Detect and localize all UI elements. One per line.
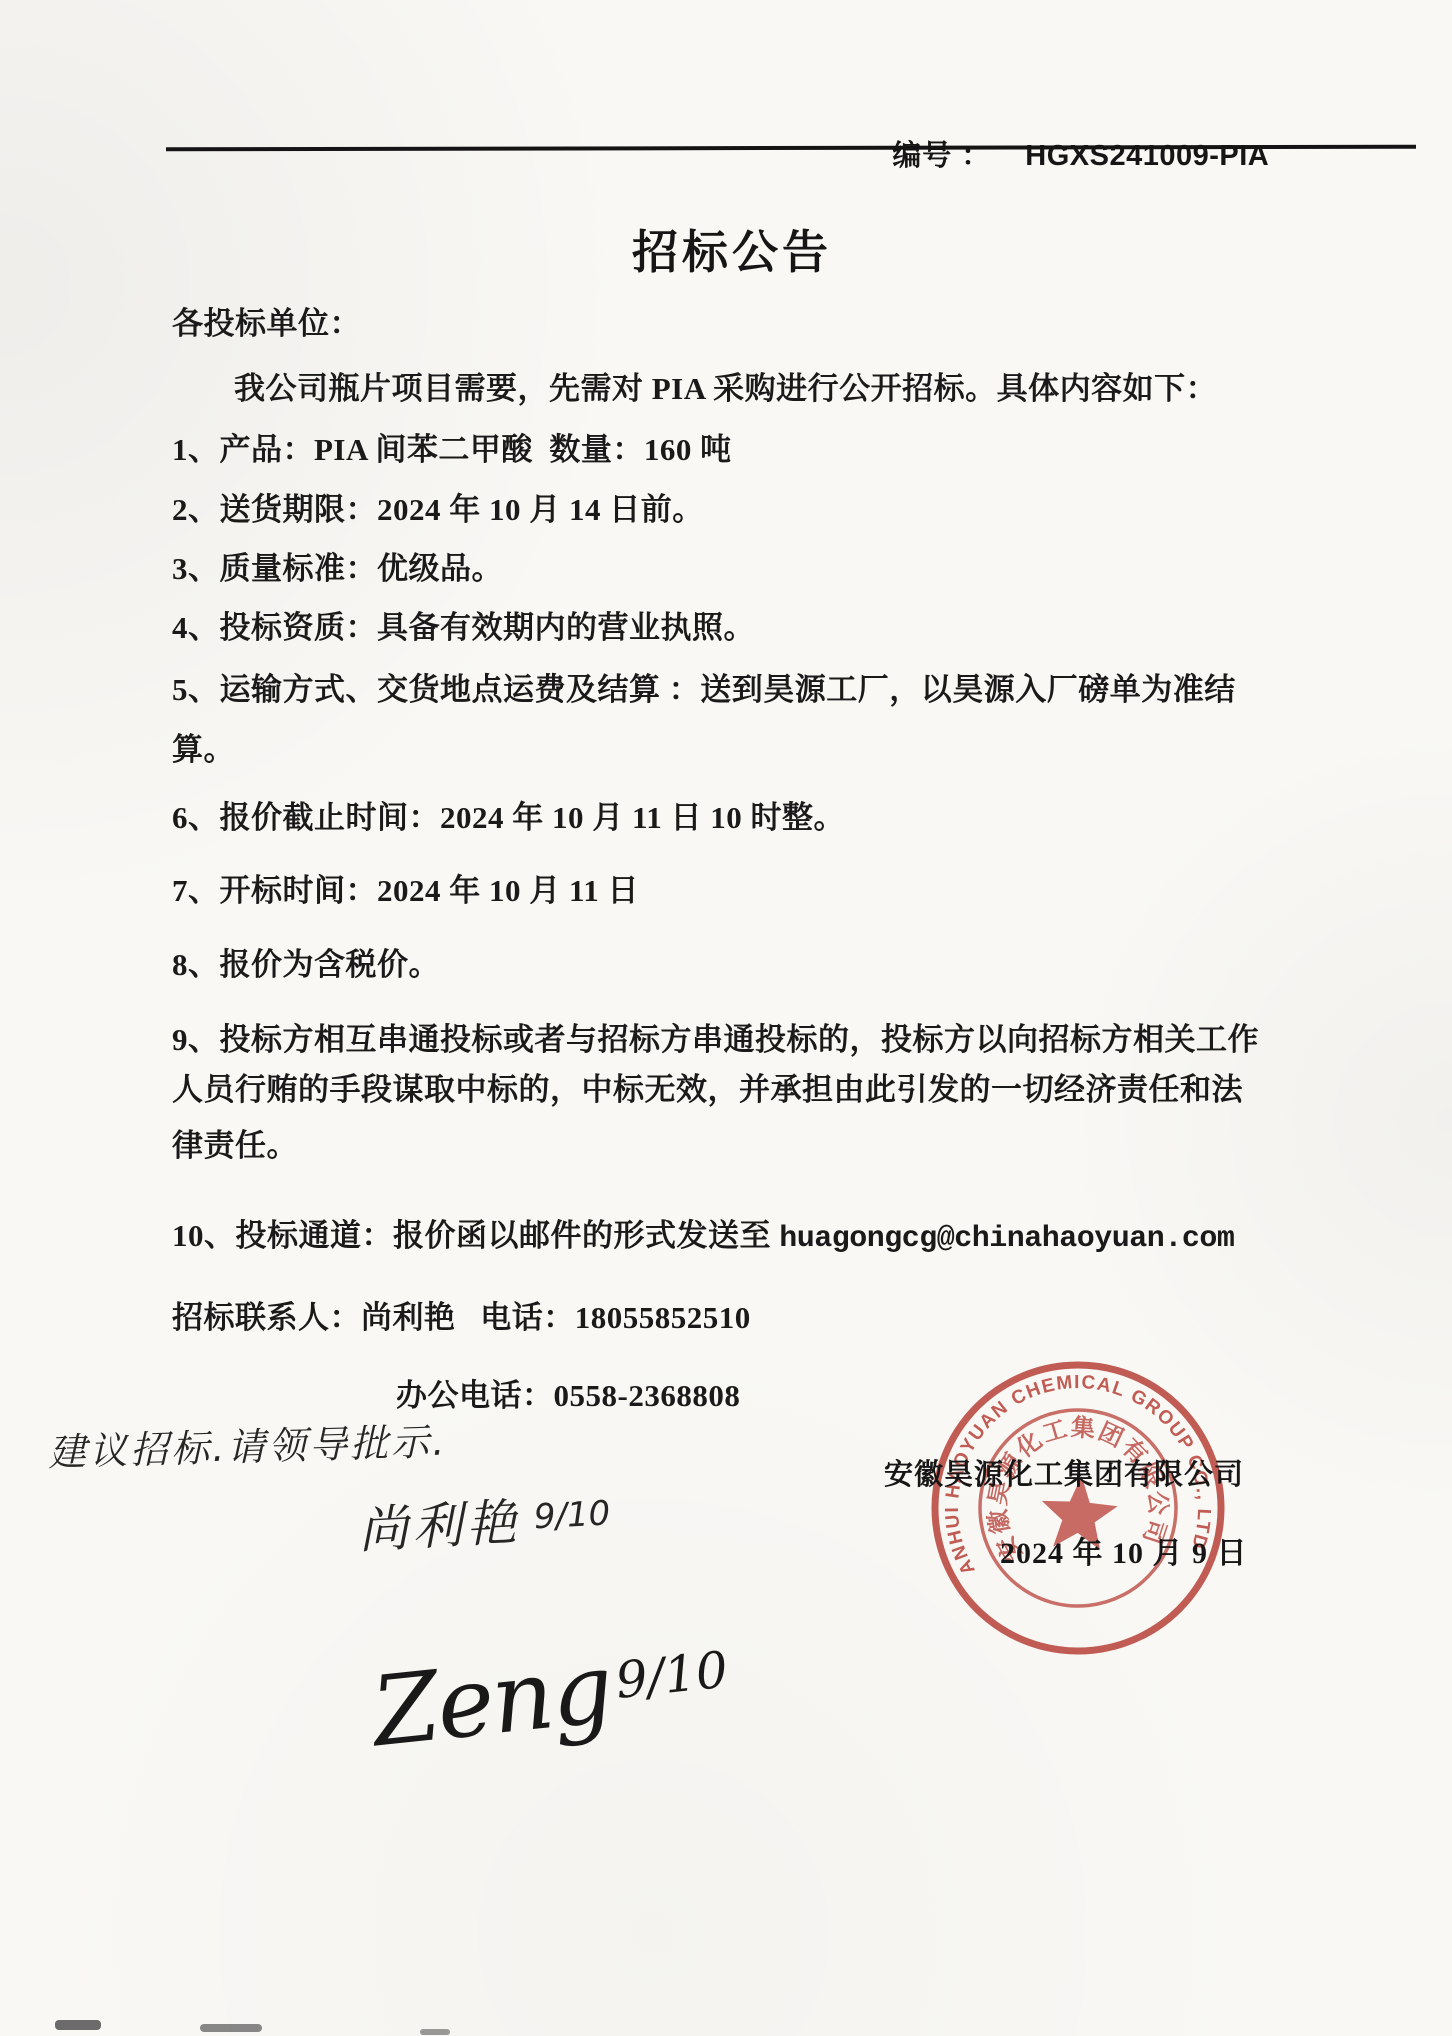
latin-signature-name: Zeng	[367, 1632, 616, 1768]
bid-email: huagongcg@chinahaoyuan.com	[779, 1222, 1234, 1256]
item-10: 10、投标通道：报价函以邮件的形式发送至 huagongcg@chinahaoy…	[172, 1210, 1234, 1256]
item-4: 4、投标资质：具备有效期内的营业执照。	[172, 602, 755, 647]
scan-artifact	[55, 2020, 101, 2030]
item-5-line-1: 5、运输方式、交货地点运费及结算 ：送到昊源工厂，以昊源入厂磅单为准结	[172, 664, 1236, 709]
item-9-line-1: 9、投标方相互串通投标或者与招标方串通投标的，投标方以向招标方相关工作	[172, 1014, 1259, 1059]
company-name: 安徽昊源化工集团有限公司	[884, 1452, 1244, 1493]
scan-artifact	[200, 2024, 262, 2032]
contact-line: 招标联系人：尚利艳 电话：18055852510	[172, 1292, 751, 1337]
handwritten-signer-name: 尚利艳	[357, 1493, 522, 1559]
salutation: 各投标单位：	[172, 298, 361, 343]
scan-artifact	[420, 2029, 450, 2035]
item-10-text: 10、投标通道：报价函以邮件的形式发送至	[172, 1218, 779, 1253]
scanned-tender-document: 编号 ：HGXS241009-PIA 招标公告 各投标单位： 我公司瓶片项目需要…	[0, 0, 1452, 2036]
latin-signature: Zeng9/10	[367, 1620, 734, 1769]
handwritten-signature: 尚利艳9/10	[356, 1477, 612, 1562]
issue-date: 2024 年 10 月 9 日	[1000, 1528, 1248, 1572]
item-1: 1、产品：PIA 间苯二甲酸 数量：160 吨	[172, 424, 732, 469]
item-9-line-3: 律责任。	[172, 1120, 298, 1165]
page-title: 招标公告	[172, 216, 1292, 282]
item-5-line-2: 算。	[172, 724, 235, 769]
handwritten-note: 建议招标.请领导批示.	[47, 1410, 448, 1476]
handwritten-sign-date: 9/10	[533, 1493, 611, 1537]
item-7: 7、开标时间：2024 年 10 月 11 日	[172, 865, 639, 910]
office-phone-line: 办公电话：0558-2368808	[396, 1370, 740, 1415]
intro-paragraph: 我公司瓶片项目需要，先需对 PIA 采购进行公开招标。具体内容如下：	[234, 363, 1217, 408]
doc-number-line: 编号 ：HGXS241009-PIA	[856, 100, 1269, 207]
item-9-line-2: 人员行贿的手段谋取中标的，中标无效，并承担由此引发的一切经济责任和法	[172, 1064, 1243, 1109]
item-6: 6、报价截止时间：2024 年 10 月 11 日 10 时整。	[172, 792, 845, 837]
item-2: 2、送货期限：2024 年 10 月 14 日前。	[172, 484, 704, 529]
item-8: 8、报价为含税价。	[172, 939, 440, 984]
item-3: 3、质量标准：优级品。	[172, 543, 503, 588]
latin-signature-date: 9/10	[613, 1641, 731, 1710]
company-stamp: ANHUI HAOYUAN CHEMICAL GROUP CO., LTD 安徽…	[913, 1343, 1243, 1673]
